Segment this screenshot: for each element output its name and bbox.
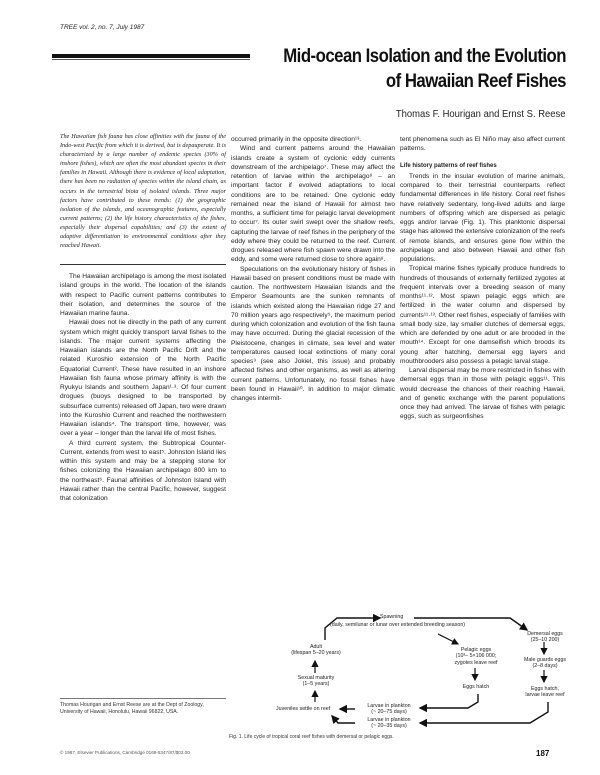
paragraph: Larval dispersal may be more restricted … xyxy=(400,366,565,422)
node-adult: Adult (lifespan 5–20 years) xyxy=(288,644,344,657)
paragraph: Tropical marine fishes typically produce… xyxy=(400,264,565,366)
node-demersal-eggs: Demersal eggs (25–10 200) xyxy=(518,631,572,644)
affiliation-rule xyxy=(60,698,226,699)
header-rule-thin xyxy=(52,59,250,60)
node-larvae-demersal: Larvae in plankton (~ 20–35 days) xyxy=(360,717,418,730)
section-heading: Life history patterns of reef fishes xyxy=(400,162,565,171)
paragraph: Speculations on the evolutionary history… xyxy=(231,265,395,404)
node-sexual-maturity: Sexual maturity (1–5 years) xyxy=(292,675,340,688)
copyright-footer: © 1987, Elsevier Publications, Cambridge… xyxy=(60,750,190,755)
paragraph: A third current system, the Subtropical … xyxy=(60,439,226,504)
node-juveniles: Juveniles settle on reef xyxy=(276,706,330,712)
life-cycle-figure: Spawning (daily, semilunar or lunar over… xyxy=(220,612,575,732)
paragraph: The Hawaiian archipelago is among the mo… xyxy=(60,272,226,318)
figure-caption: Fig. 1. Life cycle of tropical coral ree… xyxy=(229,734,394,740)
title-line-2: of Hawaiian Reef Fishes xyxy=(274,69,566,94)
paragraph: occurred primarily in the opposite direc… xyxy=(231,135,395,144)
paragraph: Wind and current patterns around the Haw… xyxy=(231,144,395,264)
title-line-1: Mid-ocean Isolation and the Evolution xyxy=(274,44,566,69)
column-1: The Hawaiian archipelago is among the mo… xyxy=(60,272,226,503)
authors: Thomas F. Hourigan and Ernst S. Reese xyxy=(396,108,566,120)
author-affiliation: Thomas Hourigan and Ernst Reese are at t… xyxy=(60,702,226,716)
running-head: TREE vol. 2, no. 7, July 1987 xyxy=(60,24,144,31)
paragraph: Hawaii does not lie directly in the path… xyxy=(60,318,226,438)
node-pelagic-eggs: Pelagic eggs (10³– 5×106 000; zygotes le… xyxy=(448,647,504,666)
node-hatch-larvae-leave: Eggs hatch, larvae leave reef xyxy=(518,686,572,699)
node-spawning-note: (daily, semilunar or lunar over extended… xyxy=(330,622,465,628)
abstract: The Hawaiian fish fauna has close affini… xyxy=(60,132,226,250)
node-eggs-hatch: Eggs hatch xyxy=(456,684,496,690)
header-rule xyxy=(52,54,250,58)
node-male-guards: Male guards eggs (2–8 days) xyxy=(516,657,574,670)
node-spawning: Spawning xyxy=(380,614,403,620)
article-title: Mid-ocean Isolation and the Evolution of… xyxy=(274,44,566,94)
node-larvae-pelagic: Larvae in plankton (~ 20–75 days) xyxy=(360,703,418,716)
column-2: occurred primarily in the opposite direc… xyxy=(231,135,395,403)
paragraph: Trends in the insular evolution of marin… xyxy=(400,172,565,265)
column-3: tent phenomena such as El Niño may also … xyxy=(400,135,565,422)
page-number: 187 xyxy=(536,749,549,758)
paragraph: tent phenomena such as El Niño may also … xyxy=(400,135,565,154)
abstract-rule xyxy=(60,264,226,265)
